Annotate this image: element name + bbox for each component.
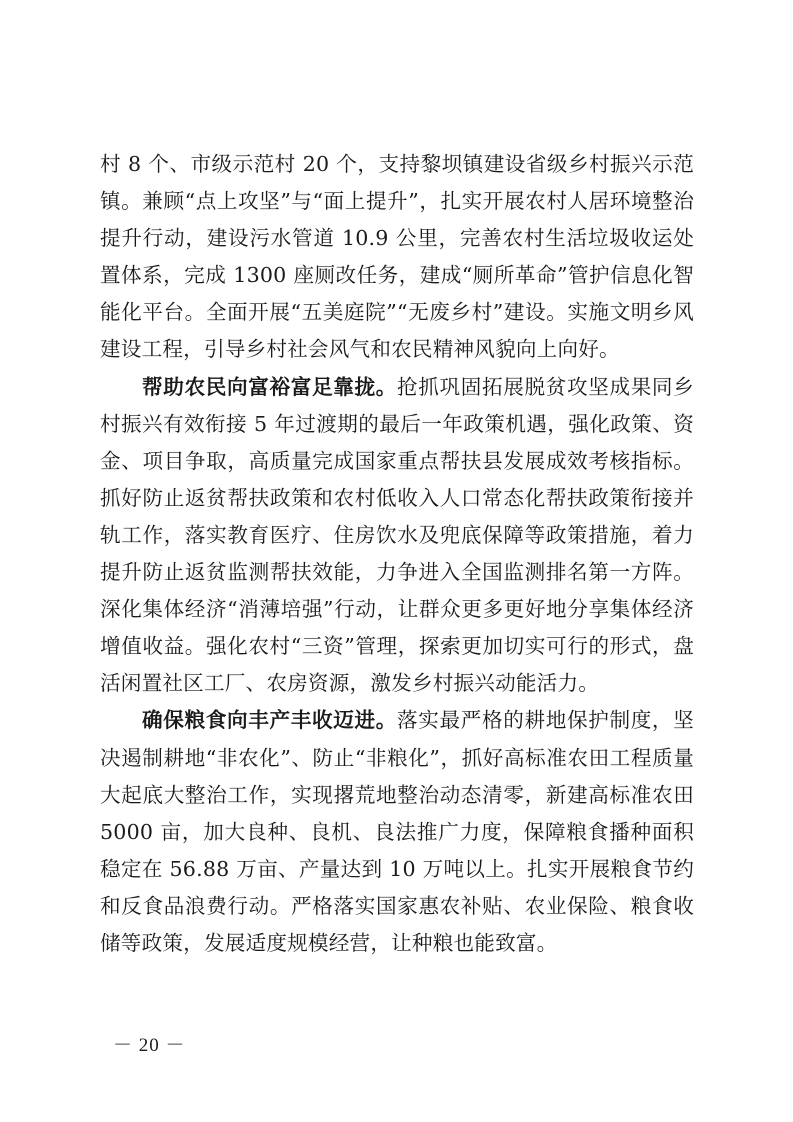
paragraph-heading: 帮助农民向富裕富足靠拢。 bbox=[142, 375, 397, 399]
paragraph-heading: 确保粮食向丰产丰收迈进。 bbox=[142, 708, 397, 732]
document-page: 村 8 个、市级示范村 20 个，支持黎坝镇建设省级乡村振兴示范镇。兼顾“点上攻… bbox=[0, 0, 793, 1122]
paragraph-text: 抢抓巩固拓展脱贫攻坚成果同乡村振兴有效衔接 5 年过渡期的最后一年政策机遇，强化… bbox=[100, 375, 694, 696]
paragraph-text: 落实最严格的耕地保护制度，坚决遏制耕地“非农化”、防止“非粮化”，抓好高标准农田… bbox=[100, 708, 694, 955]
body-text: 村 8 个、市级示范村 20 个，支持黎坝镇建设省级乡村振兴示范镇。兼顾“点上攻… bbox=[100, 146, 694, 962]
paragraph-village-environment: 村 8 个、市级示范村 20 个，支持黎坝镇建设省级乡村振兴示范镇。兼顾“点上攻… bbox=[100, 146, 694, 369]
page-number: － 20 － bbox=[113, 1030, 186, 1057]
paragraph-grain-production: 确保粮食向丰产丰收迈进。落实最严格的耕地保护制度，坚决遏制耕地“非农化”、防止“… bbox=[100, 702, 694, 962]
paragraph-text: 村 8 个、市级示范村 20 个，支持黎坝镇建设省级乡村振兴示范镇。兼顾“点上攻… bbox=[100, 152, 694, 361]
paragraph-farmer-income: 帮助农民向富裕富足靠拢。抢抓巩固拓展脱贫攻坚成果同乡村振兴有效衔接 5 年过渡期… bbox=[100, 369, 694, 703]
